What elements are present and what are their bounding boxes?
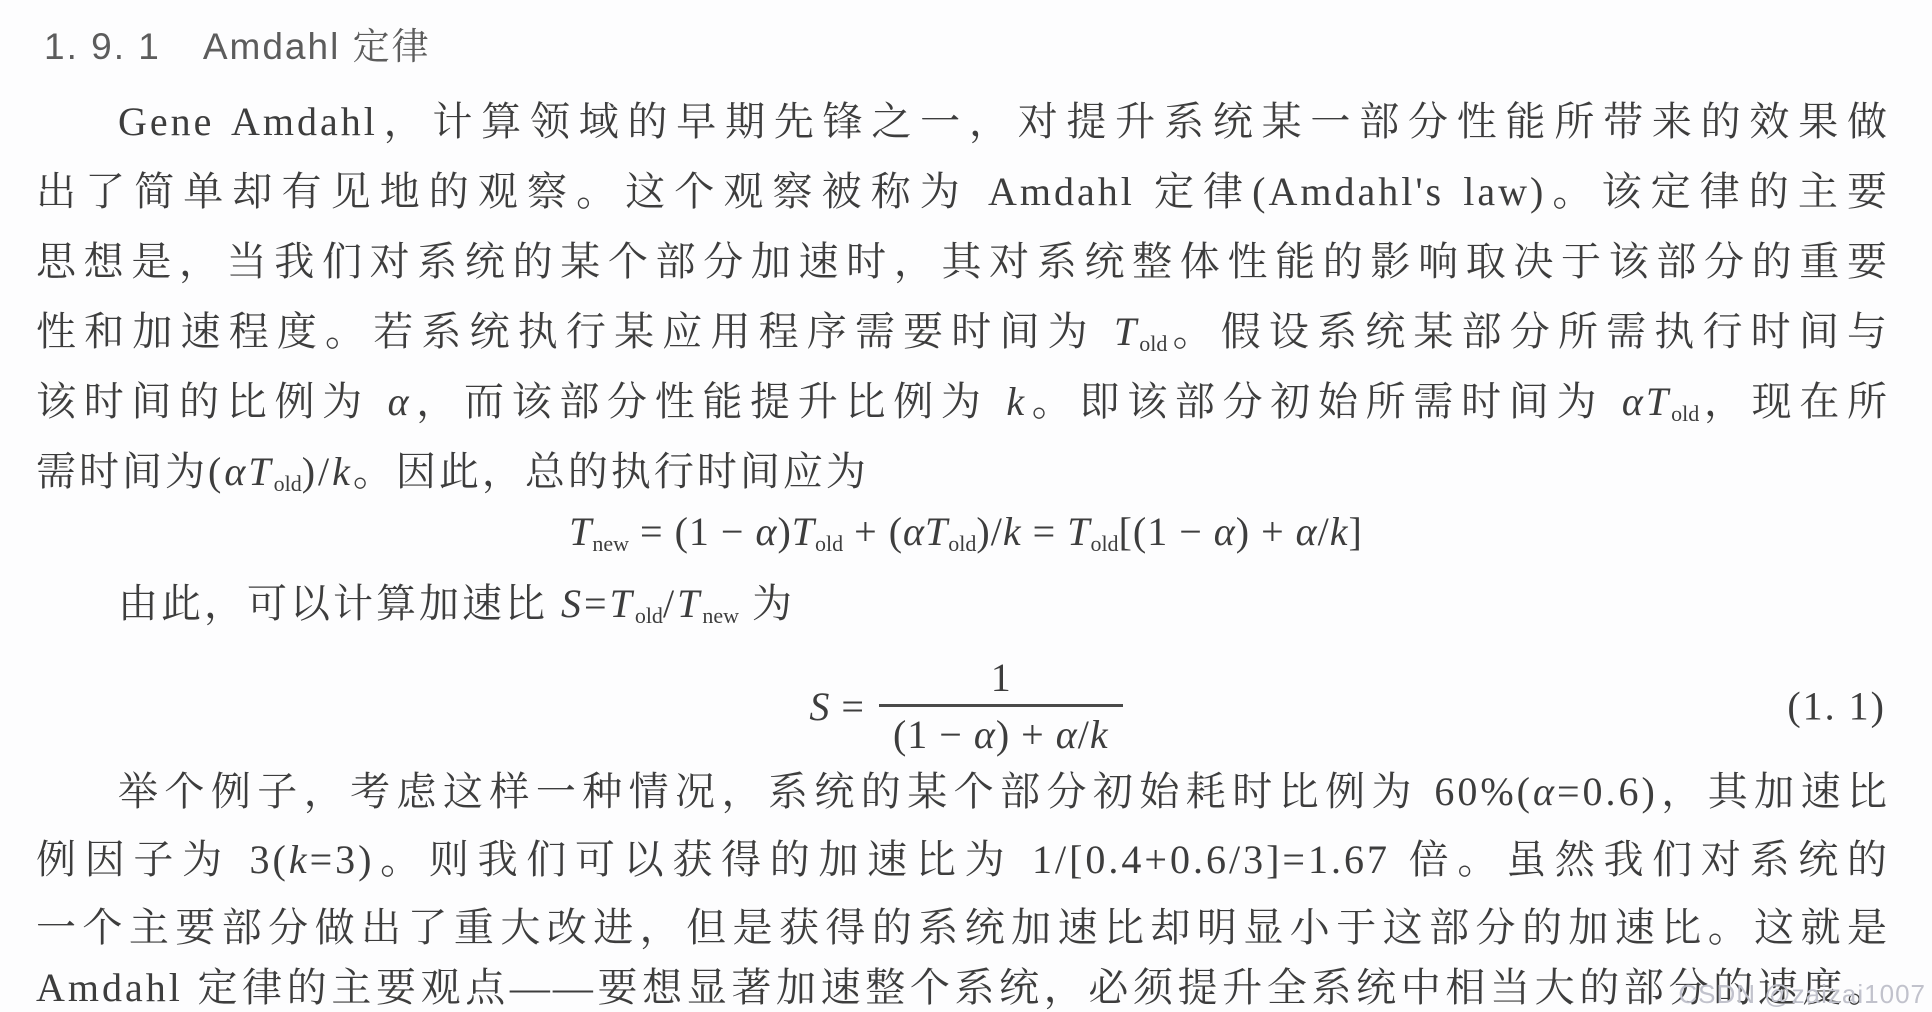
paragraph2-line-2: 例因子为 3(k=3)。则我们可以获得的加速比为 1/[0.4+0.6/3]=1… — [36, 834, 1890, 886]
watermark: CSDN @zaizai1007 — [1678, 979, 1926, 1010]
paragraph2-line-1: 举个例子，考虑这样一种情况，系统的某个部分初始耗时比例为 60%(α=0.6)，… — [36, 766, 1890, 818]
section-heading: 1. 9. 1 Amdahl 定律 — [44, 16, 431, 70]
inline-formula: Tnew = (1 − α)Told + (αTold)/k = Told[(1… — [0, 508, 1932, 555]
fraction-numerator: 1 — [981, 656, 1021, 704]
paragraph1-line-5: 该时间的比例为 α，而该部分性能提升比例为 k。即该部分初始所需时间为 αTol… — [36, 376, 1890, 428]
paragraph1-line-2: 出了简单却有见地的观察。这个观察被称为 Amdahl 定律(Amdahl's l… — [36, 166, 1890, 218]
paragraph2-line-4: Amdahl 定律的主要观点——要想显著加速整个系统，必须提升全系统中相当大的部… — [36, 962, 1890, 1012]
equation-lhs: S = — [809, 683, 865, 730]
paragraph1-line-4: 性和加速程度。若系统执行某应用程序需要时间为 Told。假设系统某部分所需执行时… — [36, 306, 1890, 358]
equation-fraction: 1 (1 − α) + α/k — [879, 656, 1123, 757]
section-number: 1. 9. 1 — [44, 26, 161, 68]
equation-1-1: S = 1 (1 − α) + α/k (1. 1) — [0, 636, 1932, 776]
paragraph1-line-6: 需时间为(αTold)/k。因此，总的执行时间应为 — [36, 446, 1890, 498]
book-page: 1. 9. 1 Amdahl 定律 Gene Amdahl，计算领域的早期先锋之… — [0, 0, 1932, 1012]
paragraph2-line-3: 一个主要部分做出了重大改进，但是获得的系统加速比却明显小于这部分的加速比。这就是 — [36, 902, 1890, 954]
speedup-intro-line: 由此，可以计算加速比 S=Told/Tnew 为 — [36, 578, 1890, 630]
equation-number: (1. 1) — [1787, 683, 1886, 730]
section-title: Amdahl 定律 — [203, 16, 431, 70]
paragraph1-line-1: Gene Amdahl，计算领域的早期先锋之一，对提升系统某一部分性能所带来的效… — [36, 96, 1890, 148]
paragraph1-line-3: 思想是，当我们对系统的某个部分加速时，其对系统整体性能的影响取决于该部分的重要 — [36, 236, 1890, 288]
fraction-denominator: (1 − α) + α/k — [879, 704, 1123, 757]
